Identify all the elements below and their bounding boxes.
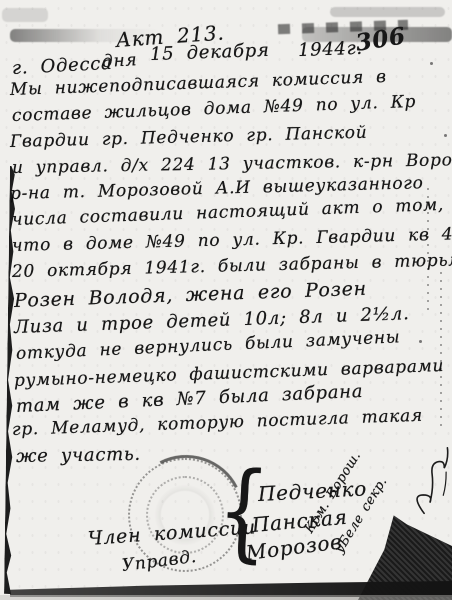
- scanned-document: Акт 213. г. Одесса дня 15 декабря 1944г.…: [0, 0, 452, 600]
- bleed-through-dots: [427, 188, 429, 313]
- signature-flourish-icon: [398, 440, 452, 523]
- day-label: дня: [101, 50, 137, 72]
- ink-speck: [419, 340, 422, 343]
- bleed-through-dots: [440, 272, 442, 432]
- date-year: 1944г.: [298, 38, 364, 61]
- ink-speck: [430, 62, 433, 65]
- city: г. Одесса: [11, 53, 113, 79]
- scan-smudge-corner: [2, 8, 48, 22]
- handwritten-line: Гвардии гр. Педченко гр. Панской: [10, 123, 368, 152]
- handwritten-line: же участь.: [16, 444, 141, 467]
- date-day: 15 декабря: [150, 40, 270, 65]
- handwritten-line: 20 октября 1941г. были забраны в тюрьму: [12, 250, 452, 282]
- ink-speck: [444, 134, 447, 137]
- scan-edge-strip: [0, 595, 452, 600]
- signature: Педченко: [257, 476, 367, 506]
- scan-smudge-top-edge: [330, 7, 445, 17]
